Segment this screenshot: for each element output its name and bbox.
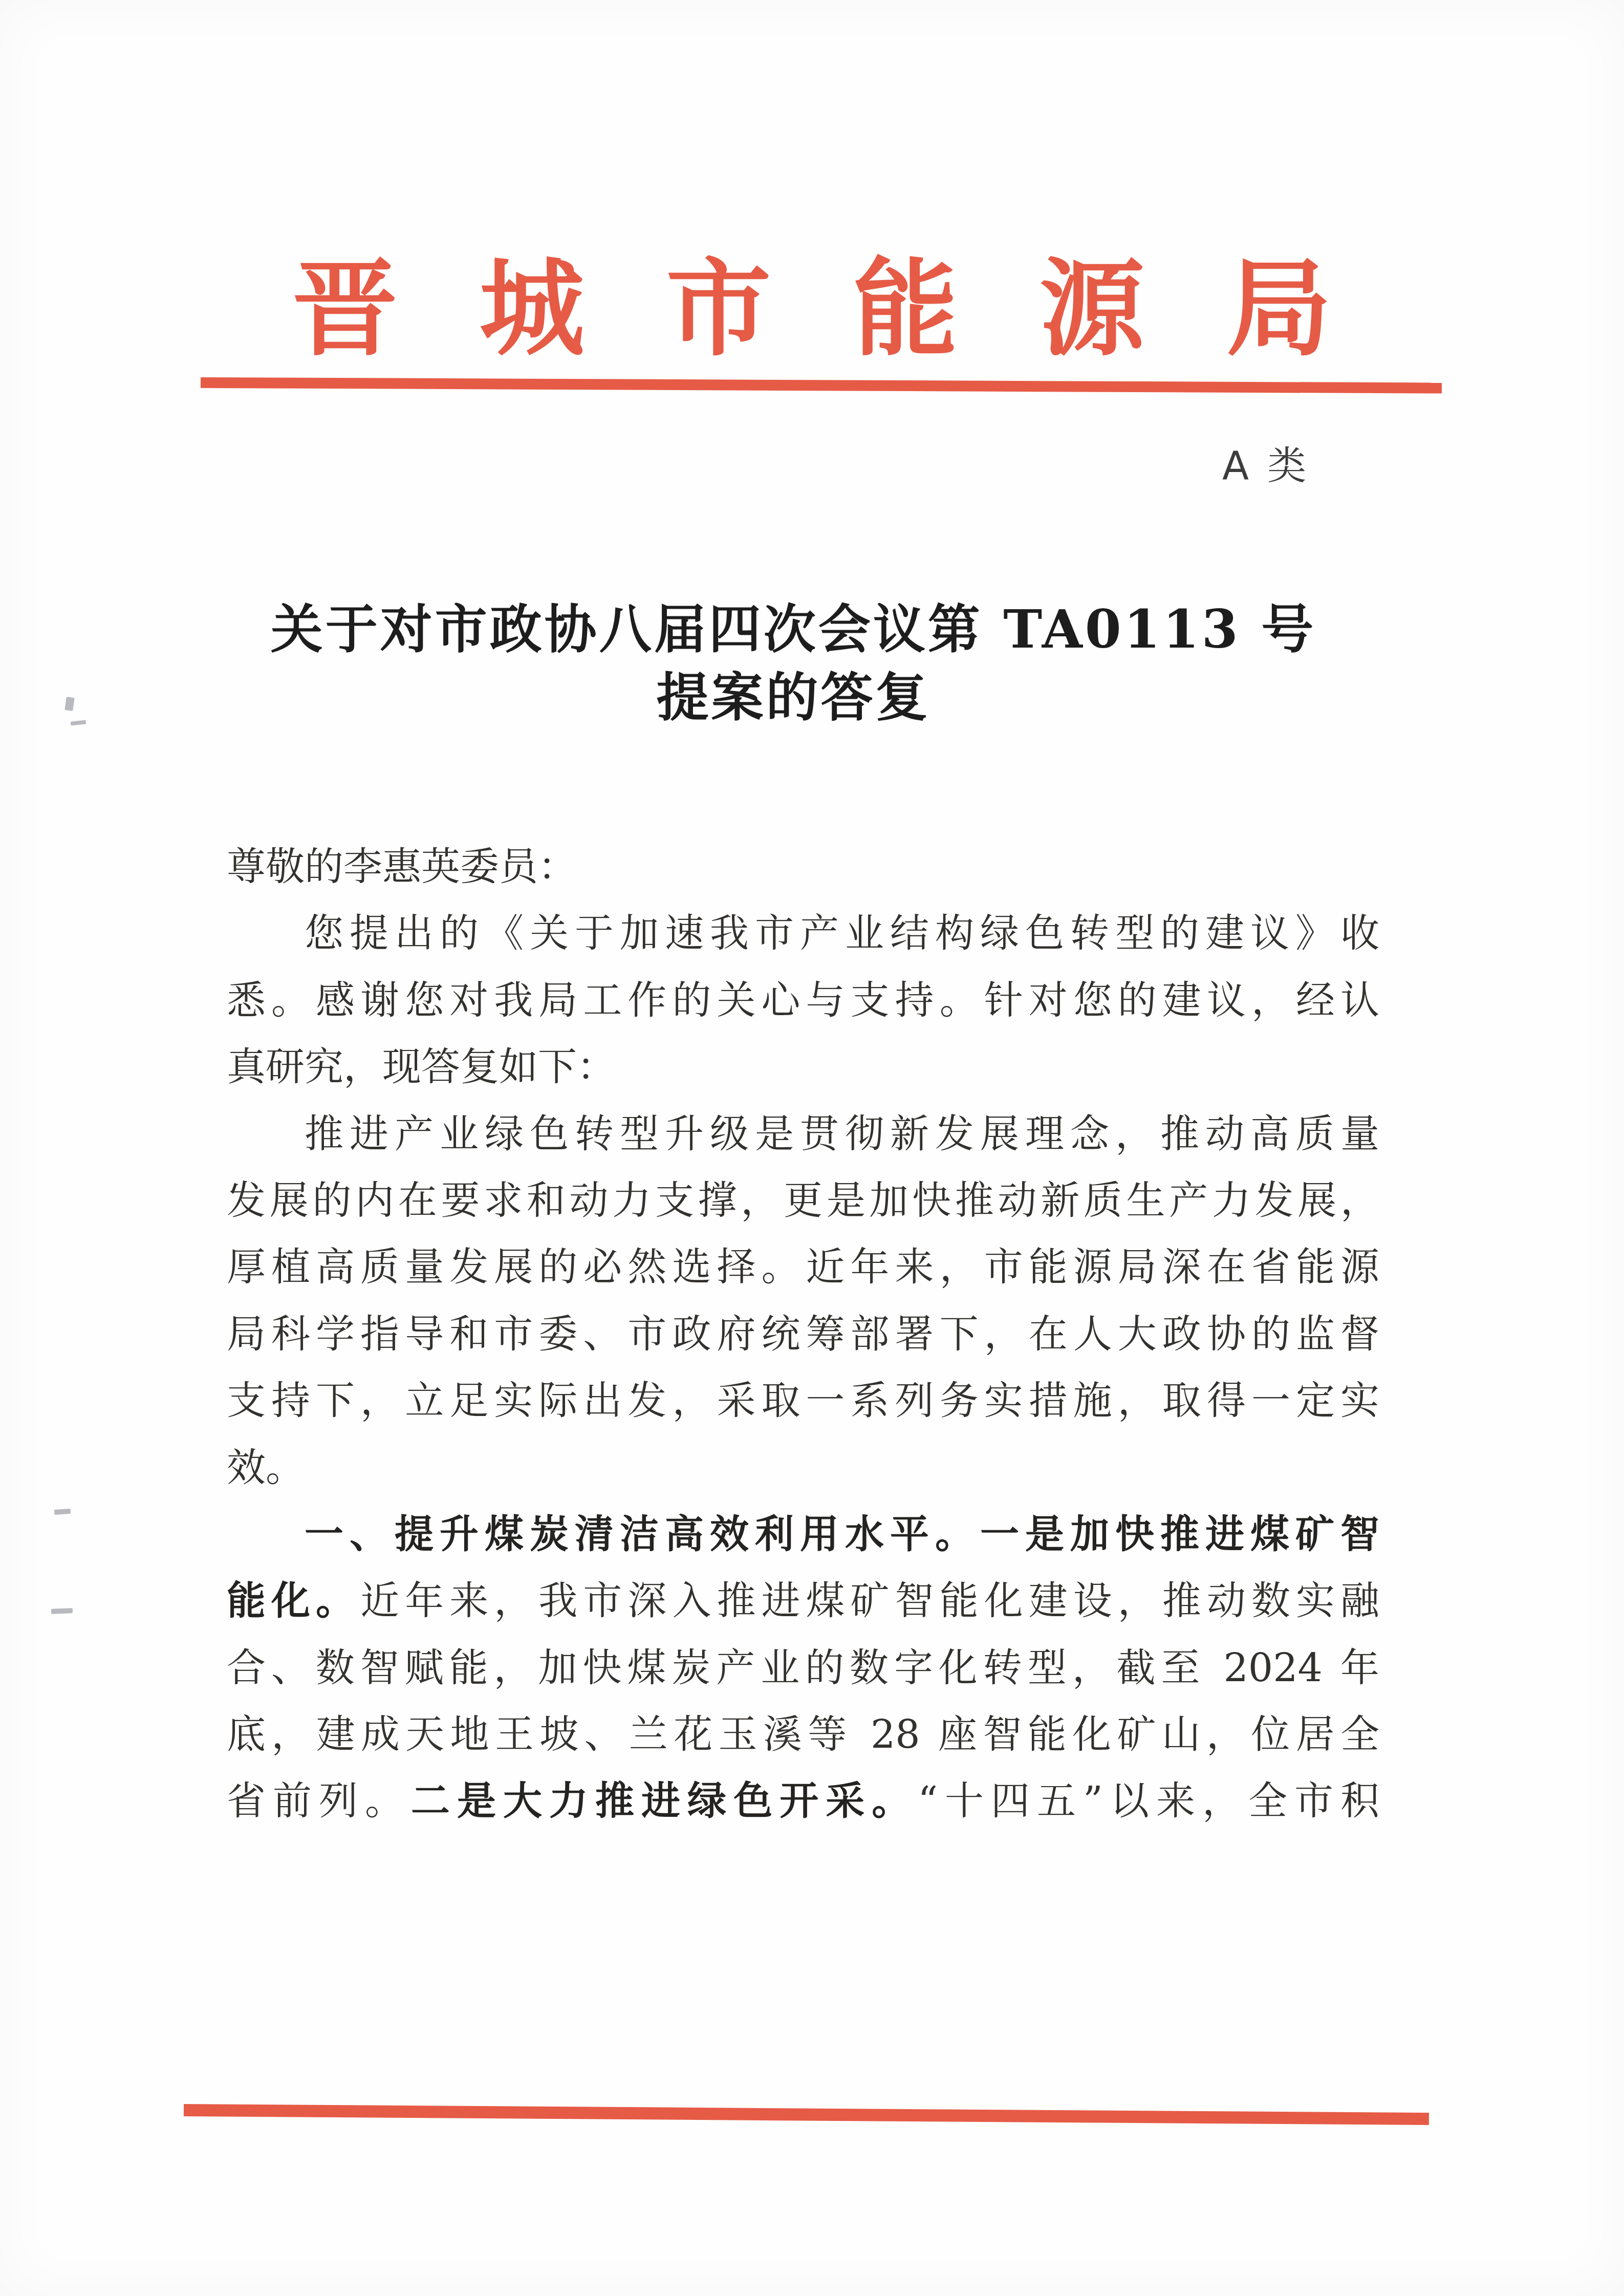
text-run: 悉。感谢您对我局工作的关心与支持。针对您的建议，经认 [227,977,1379,1023]
text-run: 支持下，立足实际出发，采取一系列务实措施，取得一定实 [227,1378,1379,1423]
body-line: 合、数智赋能，加快煤炭产业的数字化转型，截至 2024 年 [227,1635,1379,1701]
document-title-line2: 提案的答复 [0,664,1587,732]
body-line: 支持下，立足实际出发，采取一系列务实措施，取得一定实 [227,1367,1379,1434]
text-run: “十四五”以来，全市积 [918,1778,1379,1823]
document-page: 晋城市能源局 A 类 关于对市政协八届四次会议第 TA0113 号 提案的答复 … [0,0,1624,2296]
category-label: A 类 [1222,440,1309,491]
text-run: 推进产业绿色转型升级是贯彻新发展理念，推动高质量 [305,1111,1379,1156]
text-run: 近年来，我市深入推进煤矿智能化建设，推动数实融 [360,1578,1379,1623]
body-line: 一、提升煤炭清洁高效利用水平。一是加快推进煤矿智 [227,1501,1379,1568]
bold-text-run: 二是大力推进绿色开采。 [411,1778,918,1823]
document-title-line1: 关于对市政协八届四次会议第 TA0113 号 [0,596,1587,664]
body-line: 推进产业绿色转型升级是贯彻新发展理念，推动高质量 [227,1101,1379,1167]
body-line: 真研究，现答复如下： [227,1034,1379,1100]
body-line: 能化。近年来，我市深入推进煤矿智能化建设，推动数实融 [227,1568,1379,1634]
text-run: 局科学指导和市委、市政府统筹部署下，在人大政协的监督 [227,1311,1379,1357]
body-line: 悉。感谢您对我局工作的关心与支持。针对您的建议，经认 [227,967,1379,1034]
scan-speck [51,1608,73,1614]
body-line: 效。 [227,1434,1379,1501]
body-line: 厚植高质量发展的必然选择。近年来，市能源局深在省能源 [227,1234,1379,1300]
text-run: 效。 [227,1445,305,1490]
footer-rule [184,2104,1429,2125]
text-run: 尊敬的李惠英委员： [227,844,577,889]
text-run: 合、数智赋能，加快煤炭产业的数字化转型，截至 2024 年 [227,1645,1379,1690]
salutation: 尊敬的李惠英委员： [227,833,1379,900]
body-line: 局科学指导和市委、市政府统筹部署下，在人大政协的监督 [227,1301,1379,1367]
body-line: 您提出的《关于加速我市产业结构绿色转型的建议》收 [227,900,1379,967]
text-run: 您提出的《关于加速我市产业结构绿色转型的建议》收 [305,910,1379,956]
text-run: 厚植高质量发展的必然选择。近年来，市能源局深在省能源 [227,1244,1379,1290]
scan-speck [54,1509,71,1515]
text-run: 真研究，现答复如下： [227,1044,616,1089]
text-run: 省前列。 [227,1778,411,1823]
body-line: 底，建成天地王坡、兰花玉溪等 28 座智能化矿山，位居全 [227,1701,1379,1768]
text-run: 发展的内在要求和动力支撑，更是加快推动新质生产力发展， [227,1177,1379,1223]
document-title: 关于对市政协八届四次会议第 TA0113 号 提案的答复 [0,596,1587,732]
body-line: 省前列。二是大力推进绿色开采。“十四五”以来，全市积 [227,1768,1379,1834]
bold-text-run: 一、提升煤炭清洁高效利用水平。一是加快推进煤矿智 [305,1511,1379,1557]
agency-masthead: 晋城市能源局 [0,254,1624,364]
bold-text-run: 能化。 [227,1578,360,1623]
header-rule [201,377,1442,394]
body-line: 发展的内在要求和动力支撑，更是加快推动新质生产力发展， [227,1167,1379,1234]
text-run: 底，建成天地王坡、兰花玉溪等 28 座智能化矿山，位居全 [227,1711,1379,1757]
document-body: 尊敬的李惠英委员：您提出的《关于加速我市产业结构绿色转型的建议》收悉。感谢您对我… [227,833,1379,1835]
